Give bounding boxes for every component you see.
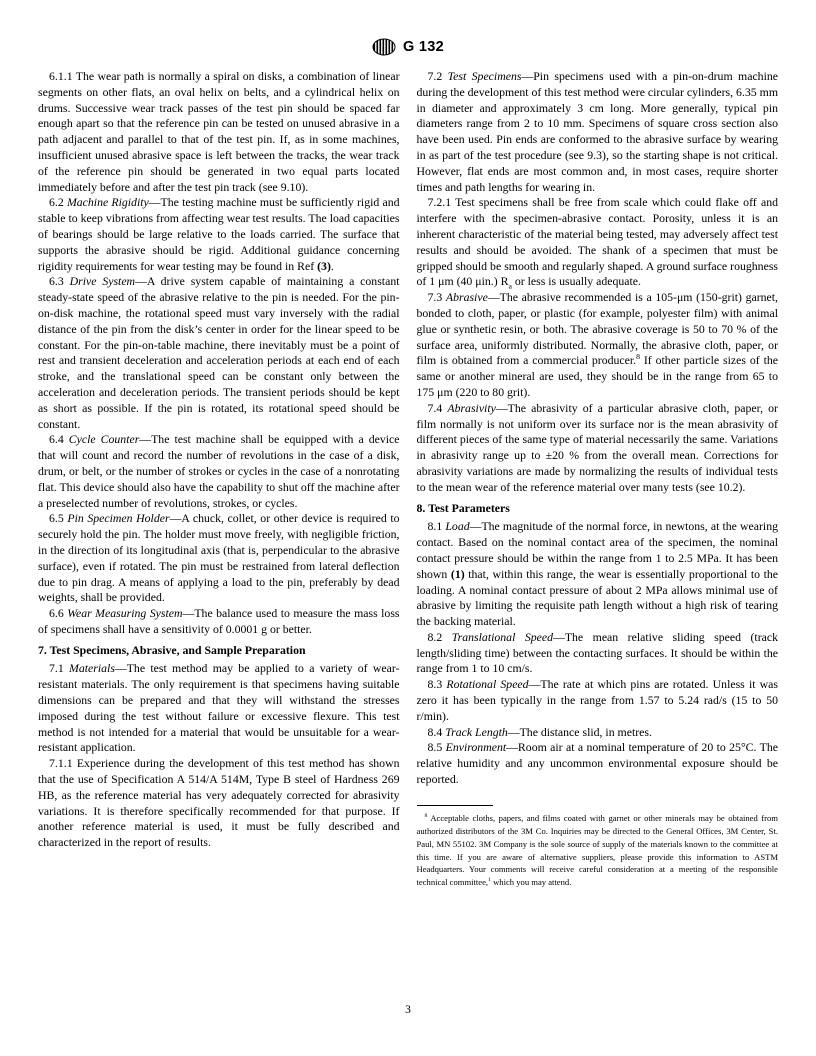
text-run-i: Wear Measuring System bbox=[67, 606, 182, 620]
paragraph: 6.6 Wear Measuring System—The balance us… bbox=[38, 606, 400, 638]
paragraph: 7.1.1 Experience during the development … bbox=[38, 756, 400, 851]
two-column-body: 6.1.1 The wear path is normally a spiral… bbox=[0, 69, 816, 889]
paragraph: 8.5 Environment—Room air at a nominal te… bbox=[417, 740, 779, 787]
text-run: 8.1 bbox=[428, 519, 446, 533]
paragraph: 8.4 Track Length—The distance slid, in m… bbox=[417, 725, 779, 741]
text-run: 7.2 bbox=[428, 69, 448, 83]
paragraph: 6.5 Pin Specimen Holder—A chuck, collet,… bbox=[38, 511, 400, 606]
text-run-i: Translational Speed bbox=[452, 630, 553, 644]
paragraph: 8.2 Translational Speed—The mean relativ… bbox=[417, 630, 779, 677]
paragraph: 6.3 Drive System—A drive system capable … bbox=[38, 274, 400, 432]
text-run: . bbox=[331, 259, 334, 273]
text-run: 8. Test Parameters bbox=[417, 501, 510, 515]
text-run: 7.4 bbox=[428, 401, 448, 415]
text-run-i: Machine Rigidity bbox=[67, 195, 149, 209]
text-run: 8.4 bbox=[428, 725, 446, 739]
text-run-b: (3) bbox=[317, 259, 331, 273]
text-run-i: Pin Specimen Holder bbox=[67, 511, 169, 525]
text-run-i: Rotational Speed bbox=[446, 677, 528, 691]
text-run: that, within this range, the wear is ess… bbox=[417, 567, 779, 628]
paragraph: 7.1 Materials—The test method may be app… bbox=[38, 661, 400, 756]
paragraph: 7.3 Abrasive—The abrasive recommended is… bbox=[417, 290, 779, 401]
text-run: 6.5 bbox=[49, 511, 67, 525]
right-column: 7.2 Test Specimens—Pin specimens used wi… bbox=[417, 69, 779, 889]
text-run: 6.1.1 The wear path is normally a spiral… bbox=[38, 69, 400, 194]
text-run: 7.3 bbox=[428, 290, 446, 304]
text-run: 8.5 bbox=[428, 740, 446, 754]
page-number: 3 bbox=[0, 1004, 816, 1016]
text-run: —The distance slid, in metres. bbox=[508, 725, 652, 739]
paragraph: 7.4 Abrasivity—The abrasivity of a parti… bbox=[417, 401, 779, 496]
text-run-i: Cycle Counter bbox=[69, 432, 140, 446]
text-run-i: Load bbox=[445, 519, 469, 533]
left-column: 6.1.1 The wear path is normally a spiral… bbox=[38, 69, 400, 889]
paragraph: 8.3 Rotational Speed—The rate at which p… bbox=[417, 677, 779, 724]
text-run: —A drive system capable of maintaining a… bbox=[38, 274, 400, 430]
paragraph: 7.2 Test Specimens—Pin specimens used wi… bbox=[417, 69, 779, 195]
text-run-i: Abrasive bbox=[446, 290, 488, 304]
text-run: or less is usually adequate. bbox=[512, 274, 641, 288]
text-run: 7.1 bbox=[49, 661, 69, 675]
paragraph: 6.1.1 The wear path is normally a spiral… bbox=[38, 69, 400, 195]
text-run: 8.2 bbox=[428, 630, 452, 644]
page-header: G 132 bbox=[0, 0, 816, 56]
text-run: 7. Test Specimens, Abrasive, and Sample … bbox=[38, 643, 306, 657]
text-run: 6.4 bbox=[49, 432, 69, 446]
paragraph: 7.2.1 Test specimens shall be free from … bbox=[417, 195, 779, 290]
footnote: 8 Acceptable cloths, papers, and films c… bbox=[417, 812, 779, 889]
text-run: 6.6 bbox=[49, 606, 67, 620]
document-code: G 132 bbox=[403, 39, 444, 55]
text-run: Acceptable cloths, papers, and films coa… bbox=[417, 813, 779, 888]
section-heading: 8. Test Parameters bbox=[417, 501, 779, 517]
text-run: 8.3 bbox=[428, 677, 447, 691]
text-run-i: Test Specimens bbox=[448, 69, 522, 83]
text-run-i: Abrasivity bbox=[447, 401, 496, 415]
footnote-rule bbox=[417, 805, 493, 806]
paragraph: 8.1 Load—The magnitude of the normal for… bbox=[417, 519, 779, 630]
text-run: 6.3 bbox=[49, 274, 70, 288]
text-run: 6.2 bbox=[49, 195, 67, 209]
document-page: G 132 6.1.1 The wear path is normally a … bbox=[0, 0, 816, 1056]
astm-logo-icon bbox=[372, 38, 396, 56]
text-run: —Pin specimens used with a pin-on-drum m… bbox=[417, 69, 779, 194]
paragraph: 6.4 Cycle Counter—The test machine shall… bbox=[38, 432, 400, 511]
text-run-i: Drive System bbox=[70, 274, 135, 288]
text-run: which you may attend. bbox=[491, 877, 571, 887]
text-run: 7.1.1 Experience during the development … bbox=[38, 756, 400, 849]
paragraph: 6.2 Machine Rigidity—The testing machine… bbox=[38, 195, 400, 274]
text-run-b: (1) bbox=[451, 567, 465, 581]
section-heading: 7. Test Specimens, Abrasive, and Sample … bbox=[38, 643, 400, 659]
text-run-i: Environment bbox=[446, 740, 507, 754]
text-run-i: Materials bbox=[69, 661, 115, 675]
text-run-i: Track Length bbox=[445, 725, 508, 739]
right-column-text: 7.2 Test Specimens—Pin specimens used wi… bbox=[417, 69, 779, 788]
